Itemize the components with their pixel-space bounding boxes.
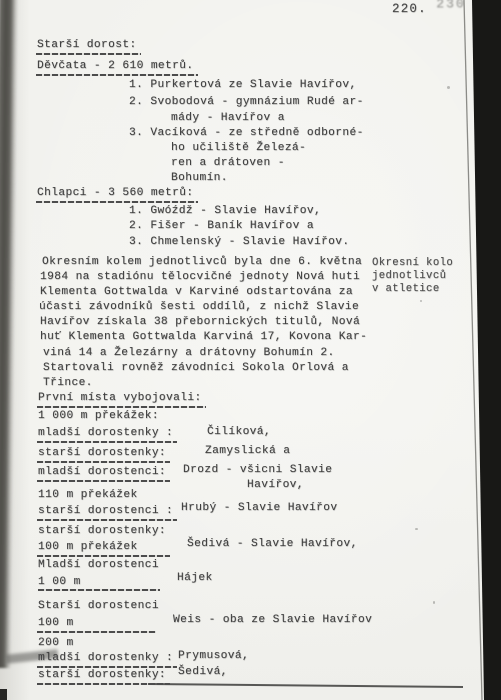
result-label: 200 m (38, 637, 74, 649)
typewriter-dash-rule (38, 589, 160, 591)
result-label: mladší dorostenky : (38, 652, 173, 664)
paragraph-line: huť Klementa Gottwalda Karviná 17, Kovon… (40, 331, 367, 343)
result-value: Drozd - všicni Slavie (183, 464, 332, 476)
bottom-left-scan-mark (0, 689, 7, 700)
list-item-continuation: ho učiliště Železá- (171, 142, 306, 154)
paragraph-line: Třince. (43, 377, 93, 389)
margin-note-line: jednotlivců (372, 270, 446, 282)
result-label: starší dorostenci : (38, 505, 173, 517)
result-value: Weis - oba ze Slavie Havířov (173, 614, 372, 626)
scan-speck (415, 528, 418, 530)
result-value: Šedivá - Slavie Havířov, (187, 538, 358, 550)
result-label: mladší dorostenci: (38, 466, 166, 478)
heading-starsi-dorost: Starší dorost: (37, 39, 137, 51)
paragraph-line: účasti závodníků šesti oddílů, z nichž S… (39, 301, 359, 313)
result-value: Hájek (177, 572, 213, 584)
result-label: 100 m překážek (38, 541, 138, 553)
result-label: 1 00 m (38, 576, 81, 588)
result-label: 100 m (38, 617, 74, 629)
result-label: starší dorostenky: (38, 669, 166, 681)
list-item: 2. Fišer - Baník Havířov a (129, 220, 314, 232)
scan-speck (420, 300, 422, 302)
paragraph-line: Startovali rovněž závodníci Sokola Orlov… (43, 362, 349, 374)
list-item: 3. Vacíková - ze středně odborné- (129, 127, 364, 139)
list-item: 1. Purkertová ze Slavie Havířov, (129, 79, 357, 91)
page-number: 220. (392, 3, 427, 15)
scan-speck (447, 86, 450, 89)
list-item: 2. Svobodová - gymnázium Rudé ar- (129, 96, 364, 108)
scanned-document-page: 230 220. Starší dorost: Děvčata - 2 610 … (0, 0, 501, 700)
list-item-continuation: Bohumín. (171, 172, 228, 184)
margin-note-line: Okresní kolo (372, 257, 453, 269)
result-label: starší dorostenky: (38, 525, 166, 537)
paragraph-line: 1984 na stadiónu tělocvičné jednoty Nová… (40, 271, 360, 283)
event-title: 110 m překážek (38, 489, 138, 501)
heading-boys: Chlapci - 3 560 metrů: (37, 187, 194, 199)
result-value: Hrubý - Slavie Havířov (181, 502, 338, 514)
list-item: 3. Chmelenský - Slavie Havířov. (129, 236, 350, 248)
paragraph-line: Klementa Gottwalda v Karviné odstartován… (40, 286, 353, 298)
result-value: Šedivá, (178, 666, 228, 678)
paragraph-line: Havířov získala 38 přebornických titulů,… (40, 316, 360, 328)
heading-girls: Děvčata - 2 610 metrů. (37, 60, 194, 72)
paragraph-line: viná 14 a Železárny a drátovny Bohumín 2… (43, 347, 335, 359)
result-value: Čilíková, (207, 426, 271, 438)
result-value-continuation: Havířov, (247, 479, 304, 491)
result-label: starší dorostenky: (38, 447, 166, 459)
list-item: 1. Gwóźdž - Slavie Havířov, (129, 205, 321, 217)
scan-speck (433, 601, 435, 604)
list-item-continuation: ren a drátoven - (171, 157, 285, 169)
heading-results: První místa vybojovali: (38, 392, 202, 404)
result-label: Mladší dorostenci (38, 559, 159, 571)
paragraph-line: Okresním kolem jednotlivců byla dne 6. k… (42, 256, 362, 268)
event-title: 1 000 m překážek: (38, 410, 159, 422)
list-item-continuation: mády - Havířov a (171, 112, 285, 124)
result-label: mladší dorostenky : (38, 427, 173, 439)
result-value: Zamyslická a (205, 445, 290, 457)
book-gutter-shadow (0, 0, 19, 668)
result-label: Starší dorostenci (38, 600, 159, 612)
faded-corner-number: 230 (436, 0, 465, 10)
margin-note-line: v atletice (372, 283, 440, 295)
result-value: Prymusová, (178, 650, 249, 662)
